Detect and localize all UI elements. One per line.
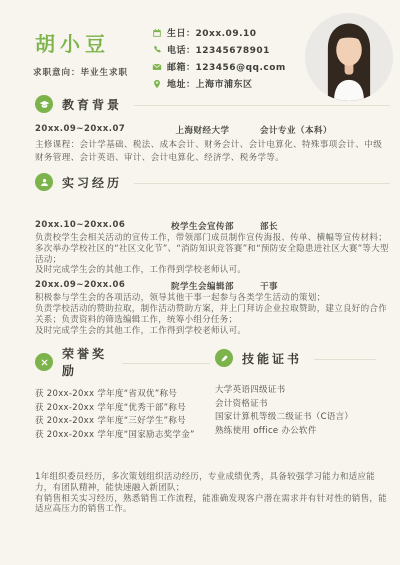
location-icon bbox=[152, 79, 162, 89]
entry-period: 20xx.10~20xx.06 bbox=[35, 220, 145, 232]
contact-phone: 电话：12345678901 bbox=[167, 43, 270, 56]
person-icon bbox=[35, 173, 53, 191]
entry-role: 部长 bbox=[260, 220, 390, 232]
section-title-internship: 实习经历 bbox=[62, 174, 122, 191]
contact-birthday: 生日：20xx.09.10 bbox=[167, 26, 257, 39]
mail-icon bbox=[152, 62, 162, 72]
skill-item: 大学英语四级证书 bbox=[215, 384, 390, 398]
certificate-icon bbox=[215, 349, 233, 367]
section-internship: 实习经历 20xx.10~20xx.06 校学生会宣传部 部长 负责校学生会相关… bbox=[35, 172, 390, 336]
section-skills: 技能证书 大学英语四级证书 会计资格证书 国家计算机等级二级证书（C语言） 熟练… bbox=[215, 348, 390, 438]
skill-item: 国家计算机等级二级证书（C语言） bbox=[215, 411, 390, 425]
contact-row-address: 地址：上海市浦东区 bbox=[152, 77, 286, 90]
graduation-cap-icon bbox=[35, 95, 53, 113]
education-header: 教育背景 bbox=[35, 94, 390, 114]
section-title-education: 教育背景 bbox=[62, 96, 122, 113]
contact-info: 生日：20xx.09.10 电话：12345678901 邮箱：123456@q… bbox=[152, 26, 286, 90]
education-school: 上海财经大学 bbox=[145, 124, 260, 136]
honors-header: 荣誉奖励 bbox=[35, 352, 210, 372]
section-title-honors: 荣誉奖励 bbox=[62, 345, 110, 379]
section-title-skills: 技能证书 bbox=[242, 350, 302, 367]
detail-line: 负责校学生会相关活动的宣传工作，带领部门成员制作宣传海报、传单、横幅等宣传材料； bbox=[35, 233, 390, 244]
divider bbox=[134, 183, 390, 184]
entry-organization: 校学生会宣传部 bbox=[145, 220, 260, 232]
internship-entry-meta: 20xx.09~20xx.06 院学生会编辑部 干事 bbox=[35, 280, 390, 292]
summary-line: 1年组织委员经历，多次策划组织活动经历，专业成绩优秀，具备较强学习能力和适应能力… bbox=[35, 472, 390, 494]
detail-line: 积极参与学生会的各项活动，领导其他干事一起参与各类学生活动的策划； bbox=[35, 293, 390, 304]
detail-line: 及时完成学生会的其他工作，工作得到学校老师认可。 bbox=[35, 265, 390, 276]
award-icon bbox=[35, 353, 53, 371]
portrait-illustration bbox=[305, 13, 393, 101]
entry-organization: 院学生会编辑部 bbox=[145, 280, 260, 292]
education-major: 会计专业（本科） bbox=[260, 124, 390, 136]
contact-address: 地址：上海市浦东区 bbox=[167, 77, 253, 90]
detail-line: 及时完成学生会的其他工作，工作得到学校老师认可。 bbox=[35, 326, 390, 337]
internship-entry-details: 负责校学生会相关活动的宣传工作，带领部门成员制作宣传海报、传单、横幅等宣传材料；… bbox=[35, 233, 390, 276]
self-evaluation: 1年组织委员经历，多次策划组织活动经历，专业成绩优秀，具备较强学习能力和适应能力… bbox=[35, 472, 390, 515]
divider bbox=[314, 359, 376, 360]
honor-item: 获 20xx-20xx 学年度“三好学生”称号 bbox=[35, 415, 210, 429]
divider bbox=[122, 363, 210, 364]
contact-row-phone: 电话：12345678901 bbox=[152, 43, 286, 56]
entry-period: 20xx.09~20xx.06 bbox=[35, 280, 145, 292]
education-period: 20xx.09~20xx.07 bbox=[35, 124, 145, 136]
resume-header: 胡小豆 求职意向：毕业生求职 生日：20xx.09.10 电话：12345678… bbox=[35, 14, 390, 102]
section-honors: 荣誉奖励 获 20xx-20xx 学年度“省双优”称号 获 20xx-20xx … bbox=[35, 352, 210, 442]
skills-list: 大学英语四级证书 会计资格证书 国家计算机等级二级证书（C语言） 熟练使用 of… bbox=[215, 384, 390, 438]
skill-item: 会计资格证书 bbox=[215, 398, 390, 412]
education-courses: 主修课程：会计学基础、税法、成本会计、财务会计、会计电算化、特殊事项会计、中级财… bbox=[35, 139, 390, 165]
phone-icon bbox=[152, 45, 162, 55]
divider bbox=[134, 105, 390, 106]
honor-item: 获 20xx-20xx 学年度“国家励志奖学金” bbox=[35, 429, 210, 443]
skills-header: 技能证书 bbox=[215, 348, 390, 368]
detail-line: 负责学校活动的赞助拉取，制作活动赞助方案，并上门拜访企业拉取赞助，建立良好的合作… bbox=[35, 304, 390, 326]
summary-line: 有销售相关实习经历，熟悉销售工作流程，能准确发现客户潜在需求并有针对性的销售，能… bbox=[35, 494, 390, 516]
honors-list: 获 20xx-20xx 学年度“省双优”称号 获 20xx-20xx 学年度“优… bbox=[35, 388, 210, 442]
honor-item: 获 20xx-20xx 学年度“优秀干部”称号 bbox=[35, 402, 210, 416]
internship-entry-details: 积极参与学生会的各项活动，领导其他干事一起参与各类学生活动的策划； 负责学校活动… bbox=[35, 293, 390, 336]
contact-row-birthday: 生日：20xx.09.10 bbox=[152, 26, 286, 39]
honor-item: 获 20xx-20xx 学年度“省双优”称号 bbox=[35, 388, 210, 402]
calendar-icon bbox=[152, 28, 162, 38]
job-intention: 求职意向：毕业生求职 bbox=[33, 66, 128, 78]
education-meta-row: 20xx.09~20xx.07 上海财经大学 会计专业（本科） bbox=[35, 124, 390, 136]
contact-row-email: 邮箱：123456@qq.com bbox=[152, 60, 286, 73]
detail-line: 多次举办学校社区的“社区文化节”、“消防知识竞答赛”和“预防安全隐患进社区大赛”… bbox=[35, 244, 390, 266]
entry-role: 干事 bbox=[260, 280, 390, 292]
skill-item: 熟练使用 office 办公软件 bbox=[215, 425, 390, 439]
resume-page: 胡小豆 求职意向：毕业生求职 生日：20xx.09.10 电话：12345678… bbox=[0, 0, 400, 565]
section-education: 教育背景 20xx.09~20xx.07 上海财经大学 会计专业（本科） 主修课… bbox=[35, 94, 390, 165]
profile-photo bbox=[305, 13, 393, 101]
internship-header: 实习经历 bbox=[35, 172, 390, 192]
contact-email: 邮箱：123456@qq.com bbox=[167, 60, 286, 73]
candidate-name: 胡小豆 bbox=[35, 28, 110, 57]
internship-entry-meta: 20xx.10~20xx.06 校学生会宣传部 部长 bbox=[35, 220, 390, 232]
